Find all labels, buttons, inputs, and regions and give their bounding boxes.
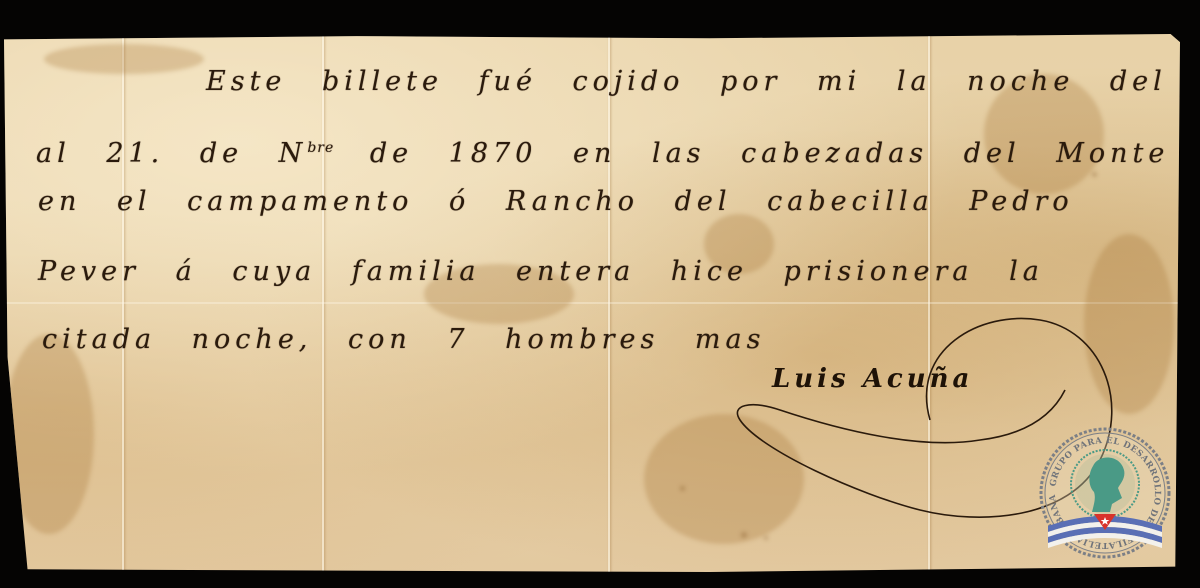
handwritten-line-1: Este billete fué cojido por mi la noche … (206, 66, 1200, 97)
line-2-end: de 1870 en las cabezadas del Monte Piurí… (334, 138, 1200, 169)
stain (1092, 172, 1097, 177)
handwritten-line-4: Pever á cuya familia entera hice prision… (38, 256, 1044, 287)
superscript-abbreviation: bre (307, 140, 334, 156)
handwritten-line-2: al 21. de Nbre de 1870 en las cabezadas … (36, 138, 1200, 169)
fold-line (4, 302, 1180, 304)
stain (680, 486, 685, 491)
philatelic-group-seal-icon: GRUPO PARA EL DESARROLLO DE LA FILATELIA… (1038, 426, 1172, 560)
signature: Luis Acuña (772, 364, 973, 394)
stain (741, 532, 747, 538)
stain (4, 334, 94, 534)
stain (764, 536, 768, 540)
stain (44, 44, 204, 74)
handwritten-line-3: en el campamento ó Rancho del cabecilla … (38, 186, 1074, 217)
handwritten-line-5: citada noche, con 7 hombres mas (42, 324, 766, 355)
line-2-start: al 21. de N (36, 138, 307, 169)
